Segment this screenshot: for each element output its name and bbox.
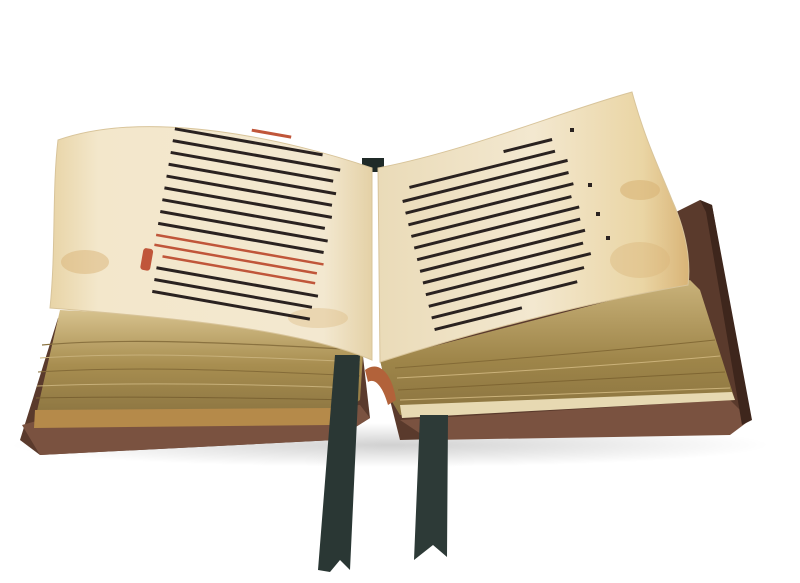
ribbon-bookmark-right [414, 415, 448, 560]
book-photo: Antique open book with two dark ribbon b… [0, 0, 800, 583]
